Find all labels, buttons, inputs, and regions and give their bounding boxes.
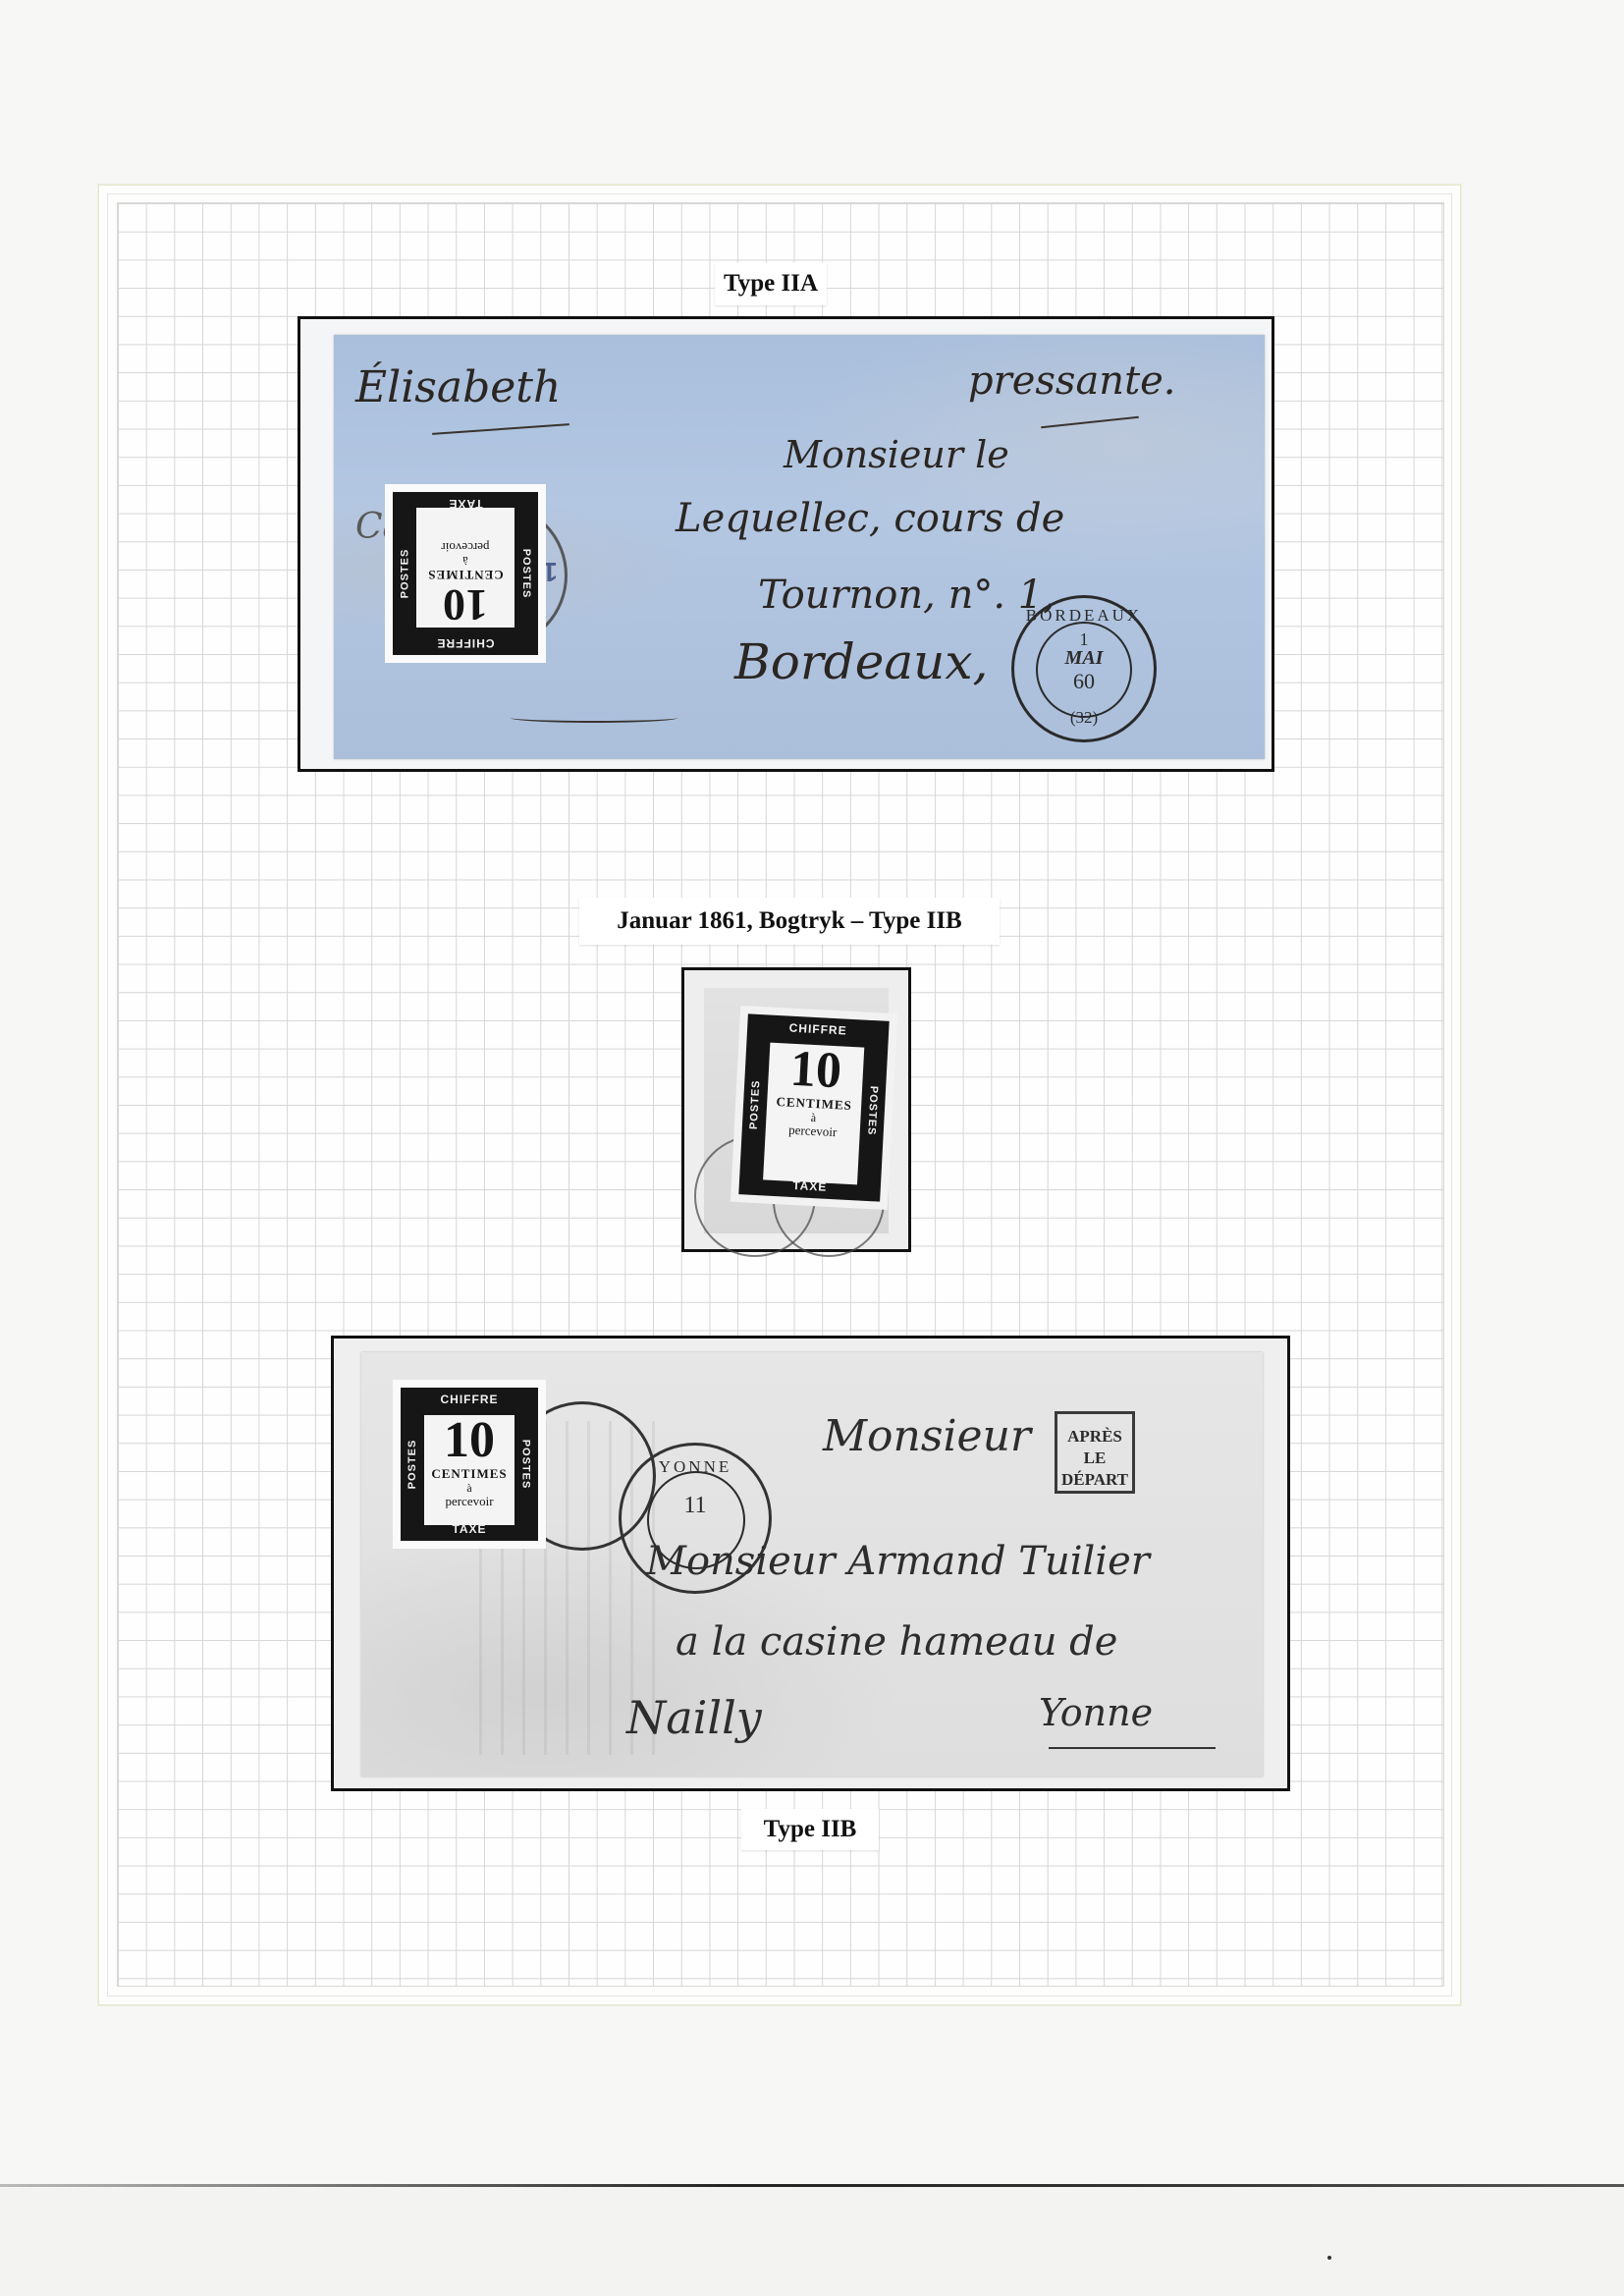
cover-1-handwriting-urgent: pressante.	[968, 358, 1176, 404]
stamp-top-text: CHIFFRE	[747, 1018, 890, 1040]
stamp-center: 10 CENTIMES à percevoir	[763, 1043, 864, 1185]
cover-3-envelope: YONNE 11 CHIFFRE POSTES POSTES 10 CENTIM…	[361, 1352, 1263, 1777]
underline	[432, 423, 569, 435]
underline	[1049, 1747, 1216, 1749]
cancel-line: APRÈS	[1057, 1426, 1132, 1448]
stamp-top-text: CHIFFRE	[393, 636, 538, 650]
cover-1-address-line: Lequellec, cours de	[676, 496, 1064, 541]
scanner-background	[0, 2188, 1624, 2296]
stamp-side-text: POSTES	[520, 1440, 532, 1490]
stamp-percevoir: percevoir	[424, 1494, 514, 1509]
underline	[1041, 416, 1139, 428]
cover-1-handwriting-name: Élisabeth	[355, 362, 561, 412]
stamp-value: 10	[416, 582, 514, 628]
cover-1-address-city: Bordeaux,	[734, 633, 988, 690]
cover-1-mount: Élisabeth pressante. Monsieur le Lequell…	[298, 316, 1274, 772]
postmark-month: MAI	[1014, 647, 1154, 670]
cancel-line: DÉPART	[1057, 1469, 1132, 1491]
stamp-side-text: POSTES	[748, 1079, 763, 1129]
stamp-frame: CHIFFRE POSTES POSTES 10 CENTIMES à perc…	[393, 492, 538, 655]
stamp-piece-mount: CHIFFRE POSTES POSTES 10 CENTIMES à perc…	[681, 967, 911, 1252]
stamp-bottom-text: TAXE	[739, 1175, 882, 1197]
stamp-side-text: POSTES	[406, 1440, 418, 1490]
stamp-side-text: POSTES	[520, 549, 532, 599]
cancel-line: LE	[1057, 1448, 1132, 1469]
cover-3-address-dept: Yonne	[1039, 1691, 1153, 1734]
stamp-value: 10	[424, 1415, 514, 1466]
stamp-top-text: CHIFFRE	[401, 1393, 538, 1406]
label-type-iia: Type IIA	[715, 262, 827, 305]
postmark-town: BORDEAUX	[1014, 606, 1154, 626]
stamp-bottom-text: TAXE	[393, 497, 538, 511]
stamp-unit: CENTIMES	[424, 1466, 514, 1482]
piece-postage-due-stamp: CHIFFRE POSTES POSTES 10 CENTIMES à perc…	[731, 1006, 897, 1210]
stamp-a: à	[416, 555, 514, 567]
cover-1-bordeaux-postmark: BORDEAUX 1 MAI 60 (32)	[1011, 595, 1157, 742]
cover-1-address-line: Monsieur le	[784, 433, 1009, 476]
cover-1-postage-due-stamp: CHIFFRE POSTES POSTES 10 CENTIMES à perc…	[385, 484, 546, 663]
stamp-bottom-text: TAXE	[401, 1522, 538, 1536]
stamp-center: 10 CENTIMES à percevoir	[424, 1415, 514, 1525]
cover-3-address-line: a la casine hameau de	[676, 1619, 1117, 1665]
stamp-frame: CHIFFRE POSTES POSTES 10 CENTIMES à perc…	[401, 1388, 538, 1541]
cover-3-mount: YONNE 11 CHIFFRE POSTES POSTES 10 CENTIM…	[331, 1336, 1290, 1791]
cover-3-address-line: Monsieur	[823, 1411, 1031, 1461]
postmark-year: 60	[1014, 669, 1154, 694]
cover-3-address-line: Monsieur Armand Tuilier	[646, 1539, 1150, 1584]
stamp-frame: CHIFFRE POSTES POSTES 10 CENTIMES à perc…	[738, 1013, 889, 1201]
dust-speck	[1327, 2256, 1331, 2260]
stamp-unit: CENTIMES	[416, 567, 514, 582]
cover-3-address-town: Nailly	[626, 1691, 762, 1744]
stamp-value: 10	[768, 1043, 865, 1099]
postmark-town: YONNE	[622, 1457, 769, 1477]
stamp-side-text: POSTES	[399, 549, 410, 599]
pen-squiggle	[511, 713, 677, 723]
stamp-center: 10 CENTIMES à percevoir	[416, 508, 514, 628]
cover-1-address-line: Tournon, n°. 1,	[758, 573, 1056, 618]
stamp-side-text: POSTES	[866, 1086, 881, 1136]
cover-3-postage-due-stamp: CHIFFRE POSTES POSTES 10 CENTIMES à perc…	[393, 1380, 546, 1549]
cover-3-apres-le-depart-cancel: APRÈS LE DÉPART	[1055, 1411, 1135, 1494]
postmark-day: 11	[622, 1493, 769, 1519]
scanner-edge-line	[0, 2184, 1624, 2187]
stamp-piece: CHIFFRE POSTES POSTES 10 CENTIMES à perc…	[704, 988, 889, 1233]
label-type-iib: Type IIB	[741, 1809, 879, 1850]
cover-1-envelope: Élisabeth pressante. Monsieur le Lequell…	[334, 335, 1265, 759]
postmark-dept: (32)	[1014, 708, 1154, 728]
stamp-percevoir: percevoir	[416, 539, 514, 555]
stamp-a: à	[424, 1482, 514, 1494]
label-januar-1861: Januar 1861, Bogtryk – Type IIB	[579, 898, 1000, 945]
